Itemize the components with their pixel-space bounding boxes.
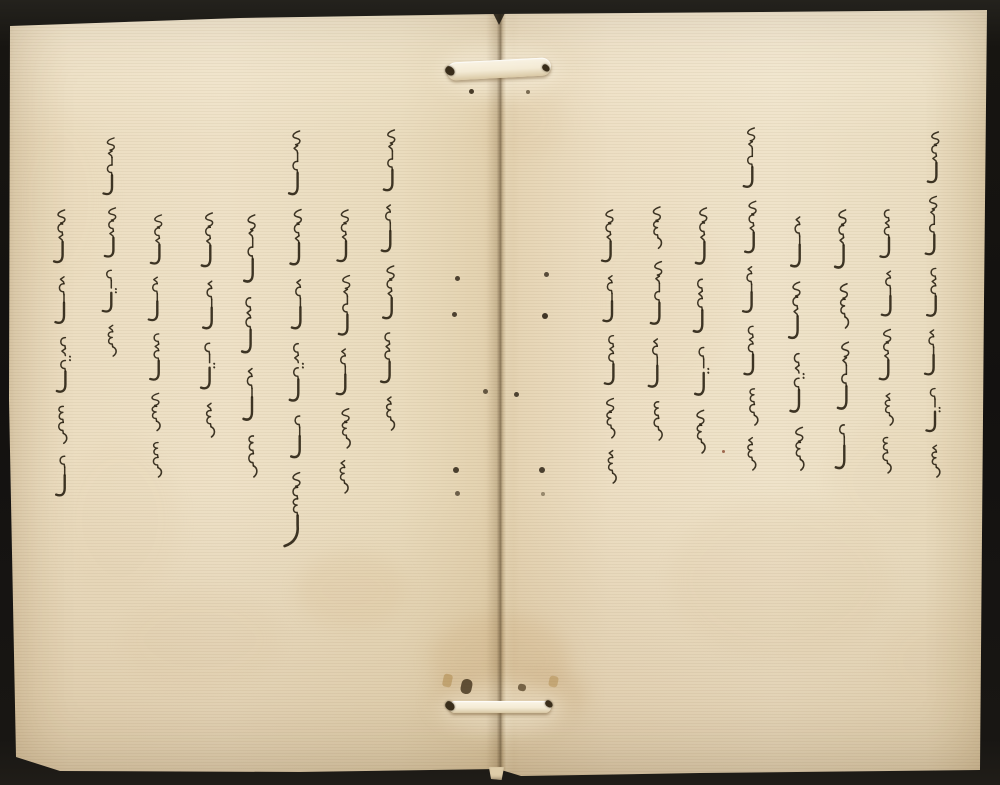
open-manuscript-book <box>0 0 1000 785</box>
photo-vignette <box>0 0 1000 785</box>
photograph-stage <box>0 0 1000 785</box>
fold-bottom-tab <box>488 767 505 780</box>
